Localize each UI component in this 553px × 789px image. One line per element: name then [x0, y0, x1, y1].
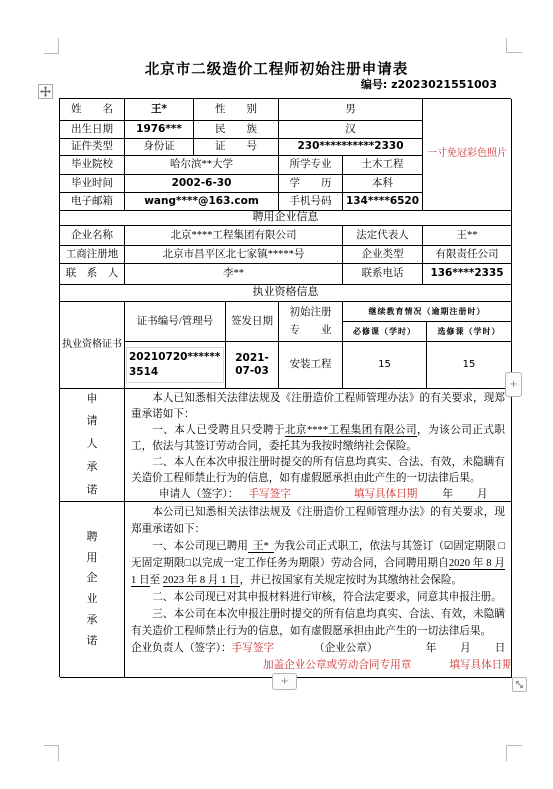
- issue-date-header: 签发日期: [226, 302, 279, 342]
- birth-label: 出生日期: [60, 121, 125, 139]
- text-boundary-mark-bottom-left: [44, 745, 59, 761]
- table-resize-handle[interactable]: [512, 677, 527, 692]
- company-label: 企业名称: [60, 226, 125, 246]
- gradtime-label: 毕业时间: [60, 175, 125, 193]
- company-value: 北京****工程集团有限公司: [125, 226, 343, 246]
- employer-pledge-label-char: 聘: [87, 531, 98, 545]
- employer-pledge-p3: 二、本公司现已对其申报材料进行审核，符合法定要求，同意其申报注册。: [131, 589, 505, 606]
- applicant-pledge-p3: 二、本人在本次申报注册时提交的所有信息均真实、合法、有效，未隐瞒有关造价工程师禁…: [131, 455, 505, 487]
- document-page: 北京市二级造价工程师初始注册申请表 编号: z2023021551003 姓 名…: [0, 0, 553, 789]
- applicant-sign-label: 申请人（签字）：: [159, 487, 238, 502]
- certno-header: 证书编号/管理号: [125, 302, 226, 342]
- employer-pledge-label-char: 诺: [87, 635, 98, 649]
- phone-label: 联系电话: [343, 264, 423, 285]
- certno-form-field[interactable]: 20210720******3514: [126, 347, 224, 383]
- applicant-pledge-p1: 本人已知悉相关法律法规及《注册造价工程师管理办法》的有关要求，现郑重承诺如下：: [131, 391, 505, 423]
- issue-date-value: 2021-07-03: [226, 342, 279, 389]
- applicant-pledge-p2: 一、本人已受聘且只受聘于北京****工程集团有限公司，为该公司正式职工，依法与其…: [131, 423, 505, 455]
- companytype-label: 企业类型: [343, 246, 423, 264]
- applicant-pledge-label: 申 请 人 承 诺: [60, 389, 125, 502]
- cert-row-label: 执业资格证书: [60, 302, 125, 389]
- email-value: wang****@163.com: [125, 193, 279, 211]
- employer-sign-row: 企业负责人（签字）： 手写签字 （企业公章） 年 月 日: [131, 640, 505, 657]
- elective-hours-header: 选修课（学时）: [427, 322, 512, 342]
- insert-row-handle-bottom[interactable]: +: [272, 673, 297, 690]
- birth-value: 1976***: [125, 121, 194, 139]
- employer-section-title: 聘用企业信息: [60, 211, 512, 226]
- employer-signature-placeholder[interactable]: 手写签字: [232, 640, 274, 657]
- idtype-value: 身份证: [125, 139, 194, 156]
- employer-pledge-text: 本公司已知悉相关法律法规及《注册造价工程师管理办法》的有关要求，现郑重承诺如下：…: [125, 502, 512, 678]
- applicant-pledge-company-underlined: 北京****工程集团有限公司: [285, 425, 417, 437]
- contact-label: 联 系 人: [60, 264, 125, 285]
- employer-pledge-p2-to: 至: [150, 575, 163, 586]
- date-note: 填写具体日期: [449, 657, 512, 674]
- phone-value: 136****2335: [423, 264, 512, 285]
- employer-pledge-p4: 三、本公司在本次申报注册时提交的所有信息均真实、合法、有效，未隐瞒有关造价工程师…: [131, 606, 505, 640]
- applicant-pledge-label-char: 申: [87, 393, 98, 407]
- reg-major-header: 初始注册 专 业: [279, 302, 343, 342]
- year-label: 年: [426, 640, 437, 657]
- applicant-pledge-label-char: 诺: [87, 484, 98, 498]
- reg-major-value: 安装工程: [279, 342, 343, 389]
- employer-pledge-p1: 本公司已知悉相关法律法规及《注册造价工程师管理办法》的有关要求，现郑重承诺如下：: [131, 504, 505, 538]
- required-hours-header: 必修课（学时）: [343, 322, 427, 342]
- regaddr-value: 北京市昌平区北七家镇*****号: [125, 246, 343, 264]
- idno-value: 230**********2330: [279, 139, 423, 156]
- employer-pledge-p2: 一、本公司现已聘用王*为我公司正式职工，依法与其签订（☑固定期限 □无固定期限□…: [131, 538, 505, 589]
- diagonal-resize-icon: [515, 680, 524, 689]
- reg-major-header-line2: 专 业: [290, 324, 332, 337]
- move-cross-icon: [40, 86, 51, 97]
- applicant-pledge-label-char: 请: [87, 415, 98, 429]
- continuing-edu-header: 继续教育情况（逾期注册时）: [343, 302, 512, 322]
- degree-value: 本科: [343, 175, 423, 193]
- mobile-value: 134****6520: [343, 193, 423, 211]
- qualification-section-title: 执业资格信息: [60, 285, 512, 302]
- gender-label: 性 别: [194, 99, 279, 121]
- companytype-value: 有限责任公司: [423, 246, 512, 264]
- school-label: 毕业院校: [60, 156, 125, 175]
- legal-label: 法定代表人: [343, 226, 423, 246]
- serial-number: 编号: z2023021551003: [361, 76, 497, 92]
- plus-icon: +: [509, 379, 517, 390]
- applicant-date-placeholder[interactable]: 填写具体日期: [354, 487, 418, 502]
- applicant-signature-placeholder[interactable]: 手写签字: [248, 487, 290, 502]
- gender-value: 男: [279, 99, 423, 121]
- required-hours-value: 15: [343, 342, 427, 389]
- employer-pledge-label-char: 业: [87, 593, 98, 607]
- employer-pledge-p2-pre: 一、本公司现已聘用: [152, 541, 248, 552]
- name-value: 王*: [125, 99, 194, 121]
- month-label: 月: [477, 487, 488, 502]
- gradtime-value: 2002-6-30: [125, 175, 279, 193]
- plus-icon: +: [280, 676, 288, 687]
- year-label: 年: [442, 487, 453, 502]
- text-boundary-mark-top-left: [44, 38, 59, 54]
- text-boundary-mark-bottom-right: [506, 745, 522, 761]
- major-label: 所学专业: [279, 156, 343, 175]
- application-form-table: 姓 名 王* 性 别 男 一寸免冠彩色照片 出生日期 1976*** 民 族 汉…: [59, 98, 511, 677]
- stamp-note: 加盖企业公章或劳动合同专用章: [263, 657, 411, 674]
- employer-pledge-contract-end-underlined: 2023 年 8 月 1 日: [163, 575, 240, 587]
- idno-label: 证 号: [194, 139, 279, 156]
- elective-hours-value: 15: [427, 342, 512, 389]
- ethnic-label: 民 族: [194, 121, 279, 139]
- text-boundary-mark-top-right: [506, 38, 522, 53]
- reg-major-header-line1: 初始注册: [290, 306, 332, 319]
- idtype-label: 证件类型: [60, 139, 125, 156]
- major-value: 土木工程: [343, 156, 423, 175]
- legal-value: 王**: [423, 226, 512, 246]
- regaddr-label: 工商注册地: [60, 246, 125, 264]
- employer-pledge-label-char: 承: [87, 614, 98, 628]
- employer-pledge-label: 聘 用 企 业 承 诺: [60, 502, 125, 678]
- employer-pledge-label-char: 用: [87, 552, 98, 566]
- name-label: 姓 名: [60, 99, 125, 121]
- contact-value: 李**: [125, 264, 343, 285]
- degree-label: 学 历: [279, 175, 343, 193]
- photo-placeholder: 一寸免冠彩色照片: [423, 99, 512, 211]
- day-label: 日: [495, 640, 506, 657]
- employer-sign-label: 企业负责人（签字）：: [131, 640, 232, 657]
- employer-note-row: 加盖企业公章或劳动合同专用章 填写具体日期: [131, 657, 505, 674]
- email-label: 电子邮箱: [60, 193, 125, 211]
- company-seal-label: （企业公章）: [314, 640, 378, 657]
- applicant-sign-row: 申请人（签字）： 手写签字 填写具体日期 年 月 日: [131, 487, 505, 502]
- insert-row-handle-right[interactable]: +: [505, 372, 522, 397]
- applicant-pledge-label-char: 人: [87, 438, 98, 452]
- applicant-pledge-text: 本人已知悉相关法律法规及《注册造价工程师管理办法》的有关要求，现郑重承诺如下： …: [125, 389, 512, 502]
- employer-pledge-p2-post: ，并已按国家有关规定按时为其缴纳社会保险。: [240, 575, 462, 586]
- employer-pledge-employee-name-underlined: 王*: [248, 541, 274, 553]
- applicant-pledge-p2-pre: 一、本人已受聘且只受聘于: [152, 425, 285, 436]
- table-move-handle[interactable]: [38, 84, 53, 99]
- school-value: 哈尔滨**大学: [125, 156, 279, 175]
- applicant-pledge-label-char: 承: [87, 461, 98, 475]
- employer-pledge-label-char: 企: [87, 572, 98, 586]
- mobile-label: 手机号码: [279, 193, 343, 211]
- month-label: 月: [460, 640, 471, 657]
- ethnic-value: 汉: [279, 121, 423, 139]
- certno-cell: 20210720******3514: [125, 342, 226, 389]
